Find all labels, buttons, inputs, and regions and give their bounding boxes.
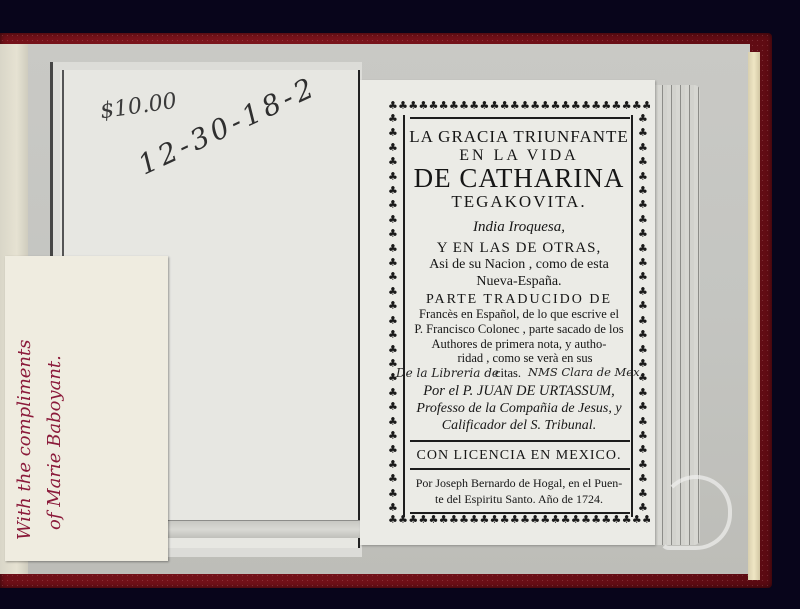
title-line-17: Calificador del S. Tribunal. [408, 418, 630, 434]
title-line-12: Authores de primera nota, y autho- [408, 337, 630, 352]
rule-top [410, 117, 630, 119]
title-line-5: India Iroquesa, [408, 219, 630, 236]
title-line-10: Francès en Español, de lo que escrive el [408, 307, 630, 322]
rule-1 [410, 440, 630, 442]
rule-bottom [410, 512, 630, 514]
ribbon-loop [660, 475, 732, 550]
book-photo: $10.00 12-30-18-2 ♣♣♣♣♣♣♣♣♣♣♣♣♣♣♣♣♣♣♣♣♣♣… [0, 0, 800, 609]
gilt-fore-edge [748, 52, 760, 580]
title-line-13: ridad , como se verà en sus [430, 351, 620, 366]
title-line-15: Por el P. JUAN DE URTASSUM, [408, 383, 630, 400]
title-line-20: te del Espiritu Santo. Año de 1724. [408, 492, 630, 507]
rule-2 [410, 468, 630, 470]
ornament-border-left: ♣♣♣♣♣♣♣♣♣♣♣♣♣♣♣♣♣♣♣♣♣♣♣♣♣♣♣♣ [388, 112, 400, 514]
ownership-inscription-right: NMS Clara de Mex. [528, 365, 638, 379]
card-line-1: With the compliments [10, 270, 40, 540]
ownership-inscription-left: De la Libreria de [396, 366, 486, 380]
title-line-6: Y EN LAS DE OTRAS, [408, 240, 630, 257]
title-line-19: Por Joseph Bernardo de Hogal, en el Puen… [408, 476, 630, 491]
title-line-11: P. Francisco Colonec , parte sacado de l… [408, 322, 630, 337]
title-line-4: TEGAKOVITA. [408, 192, 630, 212]
title-line-9: PARTE TRADUCIDO DE [408, 292, 630, 308]
title-line-1: LA GRACIA TRIUNFANTE [408, 127, 630, 147]
ornament-border-right: ♣♣♣♣♣♣♣♣♣♣♣♣♣♣♣♣♣♣♣♣♣♣♣♣♣♣♣♣ [638, 112, 650, 514]
title-line-3: DE CATHARINA [408, 163, 630, 194]
title-line-8: Nueva-España. [408, 274, 630, 290]
ornament-border-top: ♣♣♣♣♣♣♣♣♣♣♣♣♣♣♣♣♣♣♣♣♣♣♣♣♣♣♣♣♣♣♣♣♣♣♣♣ [388, 99, 650, 113]
title-line-7: Asi de su Nacion , como de esta [408, 257, 630, 273]
title-line-14: citas. [488, 366, 528, 381]
title-line-18: CON LICENCIA EN MEXICO. [408, 448, 630, 464]
compliments-card-text: With the compliments of Marie Baboyant. [10, 270, 70, 540]
verso-bottom-edge [165, 520, 365, 538]
title-line-16: Professo de la Compañia de Jesus, y [408, 401, 630, 417]
card-line-2: of Marie Baboyant. [40, 270, 70, 540]
